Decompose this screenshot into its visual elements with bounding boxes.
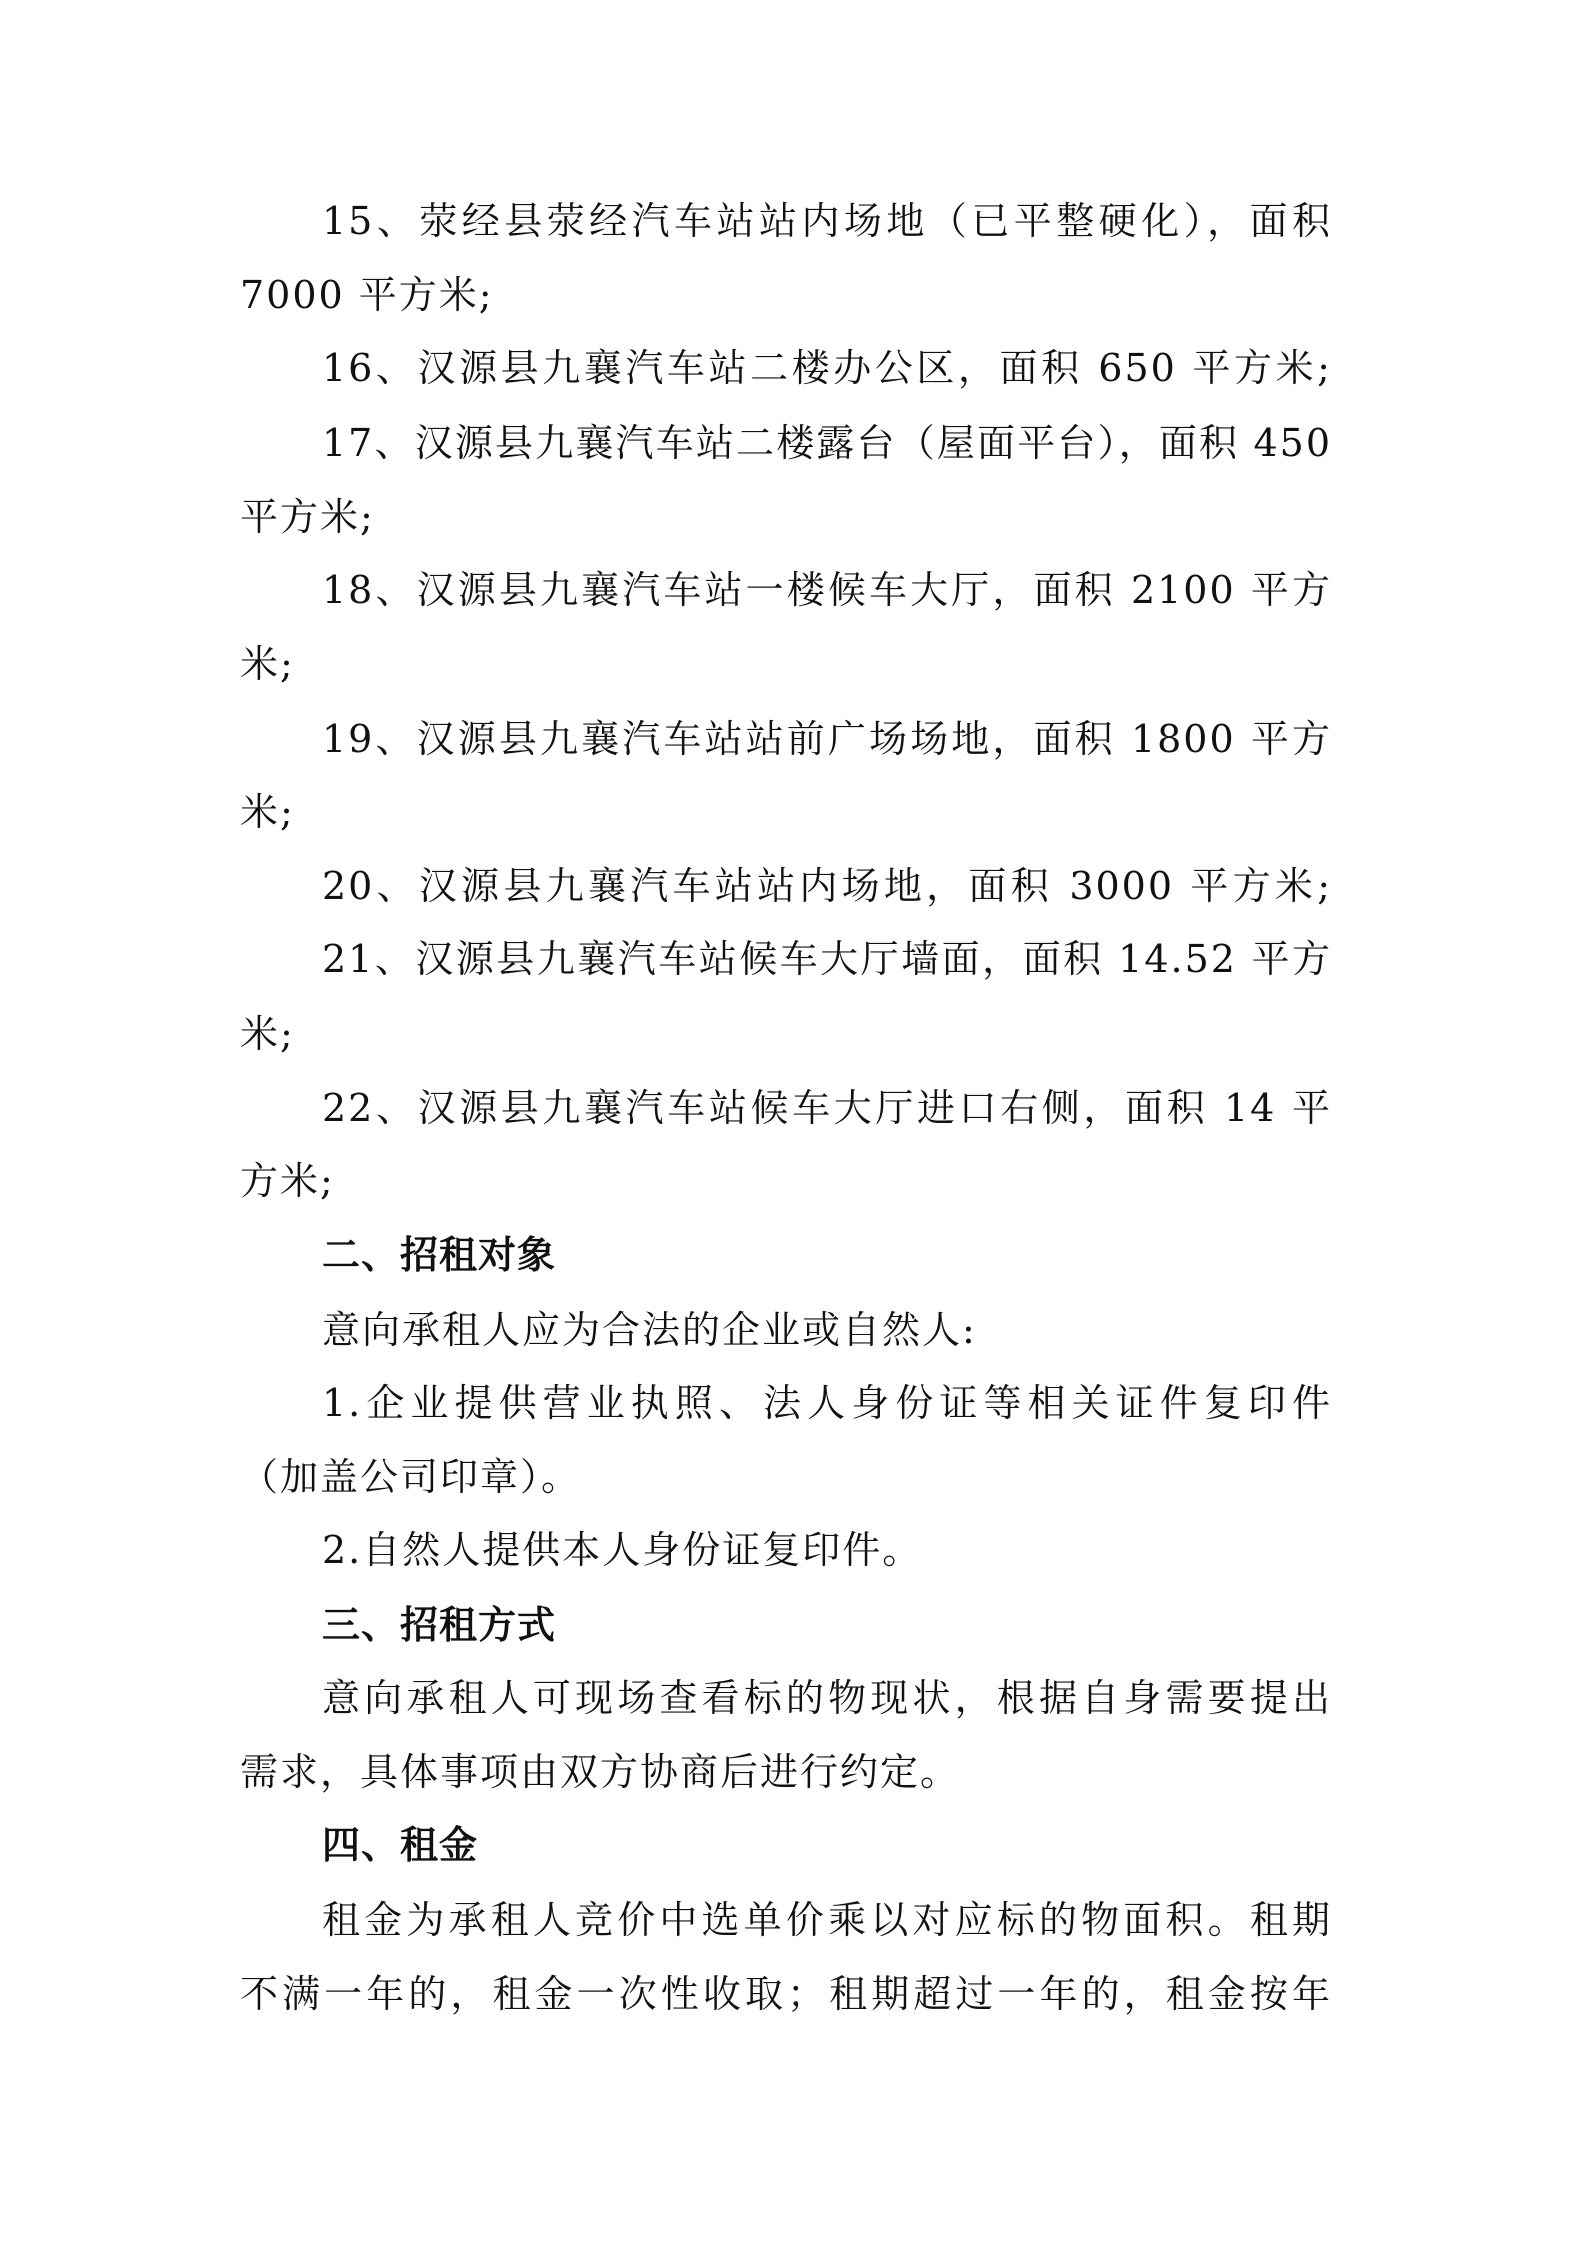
list-item-17-line-1: 17、汉源县九襄汽车站二楼露台（屋面平台），面积 450 xyxy=(322,406,1332,480)
section-heading-tenant: 二、招租对象 xyxy=(322,1218,1332,1292)
list-item-22-line-2: 方米; xyxy=(240,1144,1332,1218)
list-item-18-line-1: 18、汉源县九襄汽车站一楼候车大厅，面积 2100 平方 xyxy=(322,553,1332,627)
list-item-15-line-1: 15、荥经县荥经汽车站站内场地（已平整硬化），面积 xyxy=(322,184,1332,258)
list-item-19-line-1: 19、汉源县九襄汽车站站前广场场地，面积 1800 平方 xyxy=(322,702,1332,776)
paragraph-rent-line-2: 不满一年的，租金一次性收取；租期超过一年的，租金按年 xyxy=(240,1957,1332,2031)
paragraph-rent-line-1: 租金为承租人竞价中选单价乘以对应标的物面积。租期 xyxy=(322,1883,1332,1957)
list-item-20: 20、汉源县九襄汽车站站内场地，面积 3000 平方米; xyxy=(322,849,1332,923)
paragraph-method-line-2: 需求，具体事项由双方协商后进行约定。 xyxy=(240,1735,1332,1809)
paragraph-method-line-1: 意向承租人可现场查看标的物现状，根据自身需要提出 xyxy=(322,1661,1332,1735)
paragraph-tenant-intro: 意向承租人应为合法的企业或自然人: xyxy=(322,1293,1332,1367)
section-heading-rent: 四、租金 xyxy=(322,1808,1332,1882)
list-item-21-line-1: 21、汉源县九襄汽车站候车大厅墙面，面积 14.52 平方 xyxy=(322,922,1332,996)
requirement-2: 2.自然人提供本人身份证复印件。 xyxy=(322,1513,1332,1587)
requirement-1-line-2: （加盖公司印章）。 xyxy=(240,1440,1332,1514)
list-item-18-line-2: 米; xyxy=(240,627,1332,701)
list-item-21-line-2: 米; xyxy=(240,997,1332,1071)
list-item-16: 16、汉源县九襄汽车站二楼办公区，面积 650 平方米; xyxy=(322,331,1332,405)
list-item-22-line-1: 22、汉源县九襄汽车站候车大厅进口右侧，面积 14 平 xyxy=(322,1071,1332,1145)
list-item-15-line-2: 7000 平方米; xyxy=(240,258,1332,332)
document-page: 15、荥经县荥经汽车站站内场地（已平整硬化），面积 7000 平方米; 16、汉… xyxy=(0,0,1587,2245)
list-item-19-line-2: 米; xyxy=(240,775,1332,849)
requirement-1-line-1: 1.企业提供营业执照、法人身份证等相关证件复印件 xyxy=(322,1366,1332,1440)
list-item-17-line-2: 平方米; xyxy=(240,480,1332,554)
section-heading-method: 三、招租方式 xyxy=(322,1588,1332,1662)
